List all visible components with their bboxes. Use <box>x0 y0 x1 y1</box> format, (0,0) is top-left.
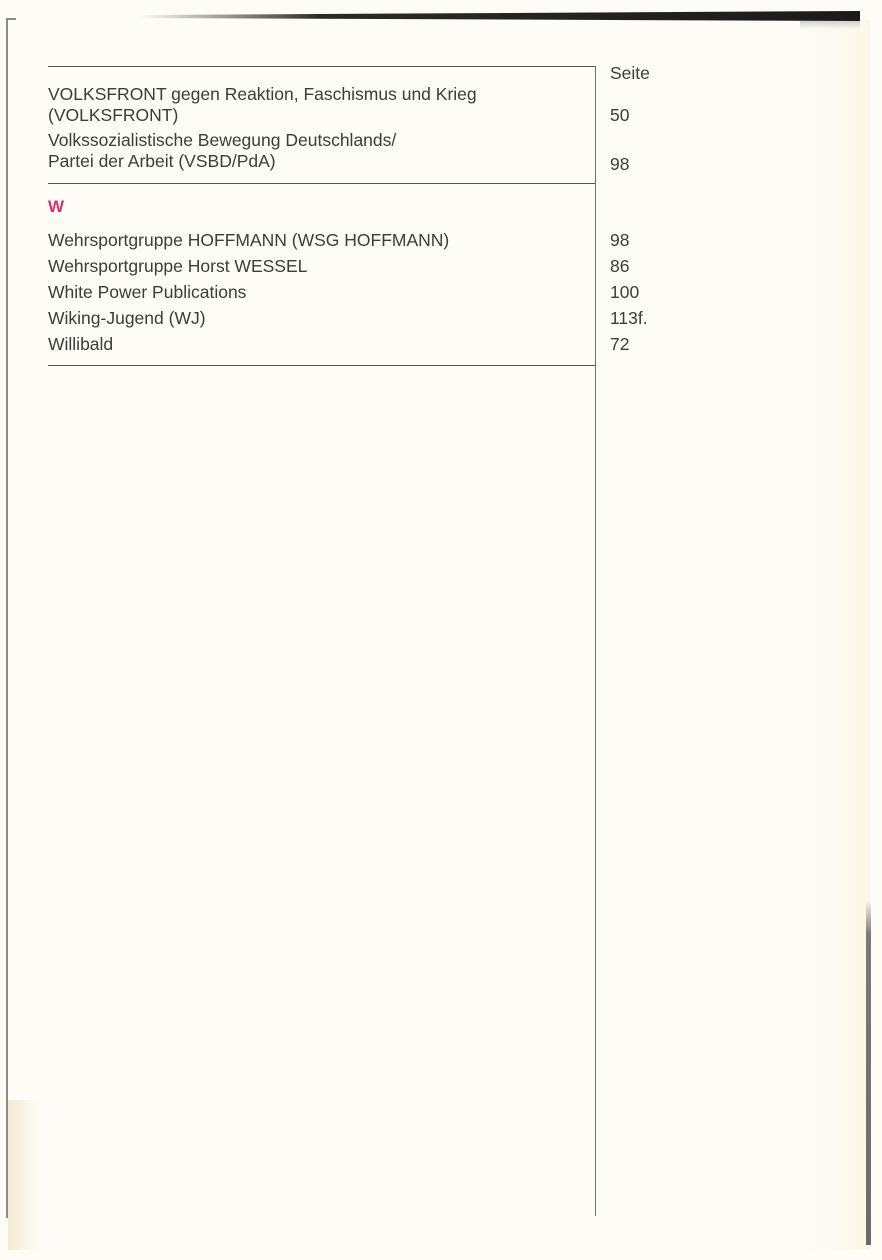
index-entry-name: Volkssozialistische Bewegung Deutschland… <box>48 130 396 151</box>
section-bottom-rule <box>48 365 595 366</box>
index-entry-name: Willibald <box>48 334 113 355</box>
index-entry-name: White Power Publications <box>48 282 246 303</box>
section-letter-w: W <box>48 197 64 217</box>
right-page-edge <box>866 900 871 1245</box>
page-column-header: Seite <box>610 63 650 84</box>
index-entry-name: Wiking-Jugend (WJ) <box>48 308 206 329</box>
index-entry-page: 98 <box>610 154 629 175</box>
index-entry-name: VOLKSFRONT gegen Reaktion, Faschismus un… <box>48 84 477 105</box>
index-entry-page: 100 <box>610 282 639 303</box>
index-entry-page: 72 <box>610 334 629 355</box>
top-binding-edge <box>140 11 860 21</box>
section-divider-rule <box>48 183 595 184</box>
left-page-shade <box>8 1100 38 1250</box>
index-entry-page: 98 <box>610 230 629 251</box>
index-entry-page: 50 <box>610 105 629 126</box>
index-entry-name: Wehrsportgruppe Horst WESSEL <box>48 256 307 277</box>
page-column-divider <box>595 66 596 1216</box>
index-entry-name: Wehrsportgruppe HOFFMANN (WSG HOFFMANN) <box>48 230 449 251</box>
index-entry-name-cont: Partei der Arbeit (VSBD/PdA) <box>48 151 276 172</box>
index-entry-page: 113f. <box>610 308 648 329</box>
section-top-rule <box>48 66 595 67</box>
left-page-corner <box>6 18 16 20</box>
index-entry-name-cont: (VOLKSFRONT) <box>48 105 178 126</box>
top-edge-shadow <box>800 21 860 29</box>
index-entry-page: 86 <box>610 256 629 277</box>
left-page-edge <box>6 18 8 1218</box>
page-edge-tint <box>800 20 870 1250</box>
